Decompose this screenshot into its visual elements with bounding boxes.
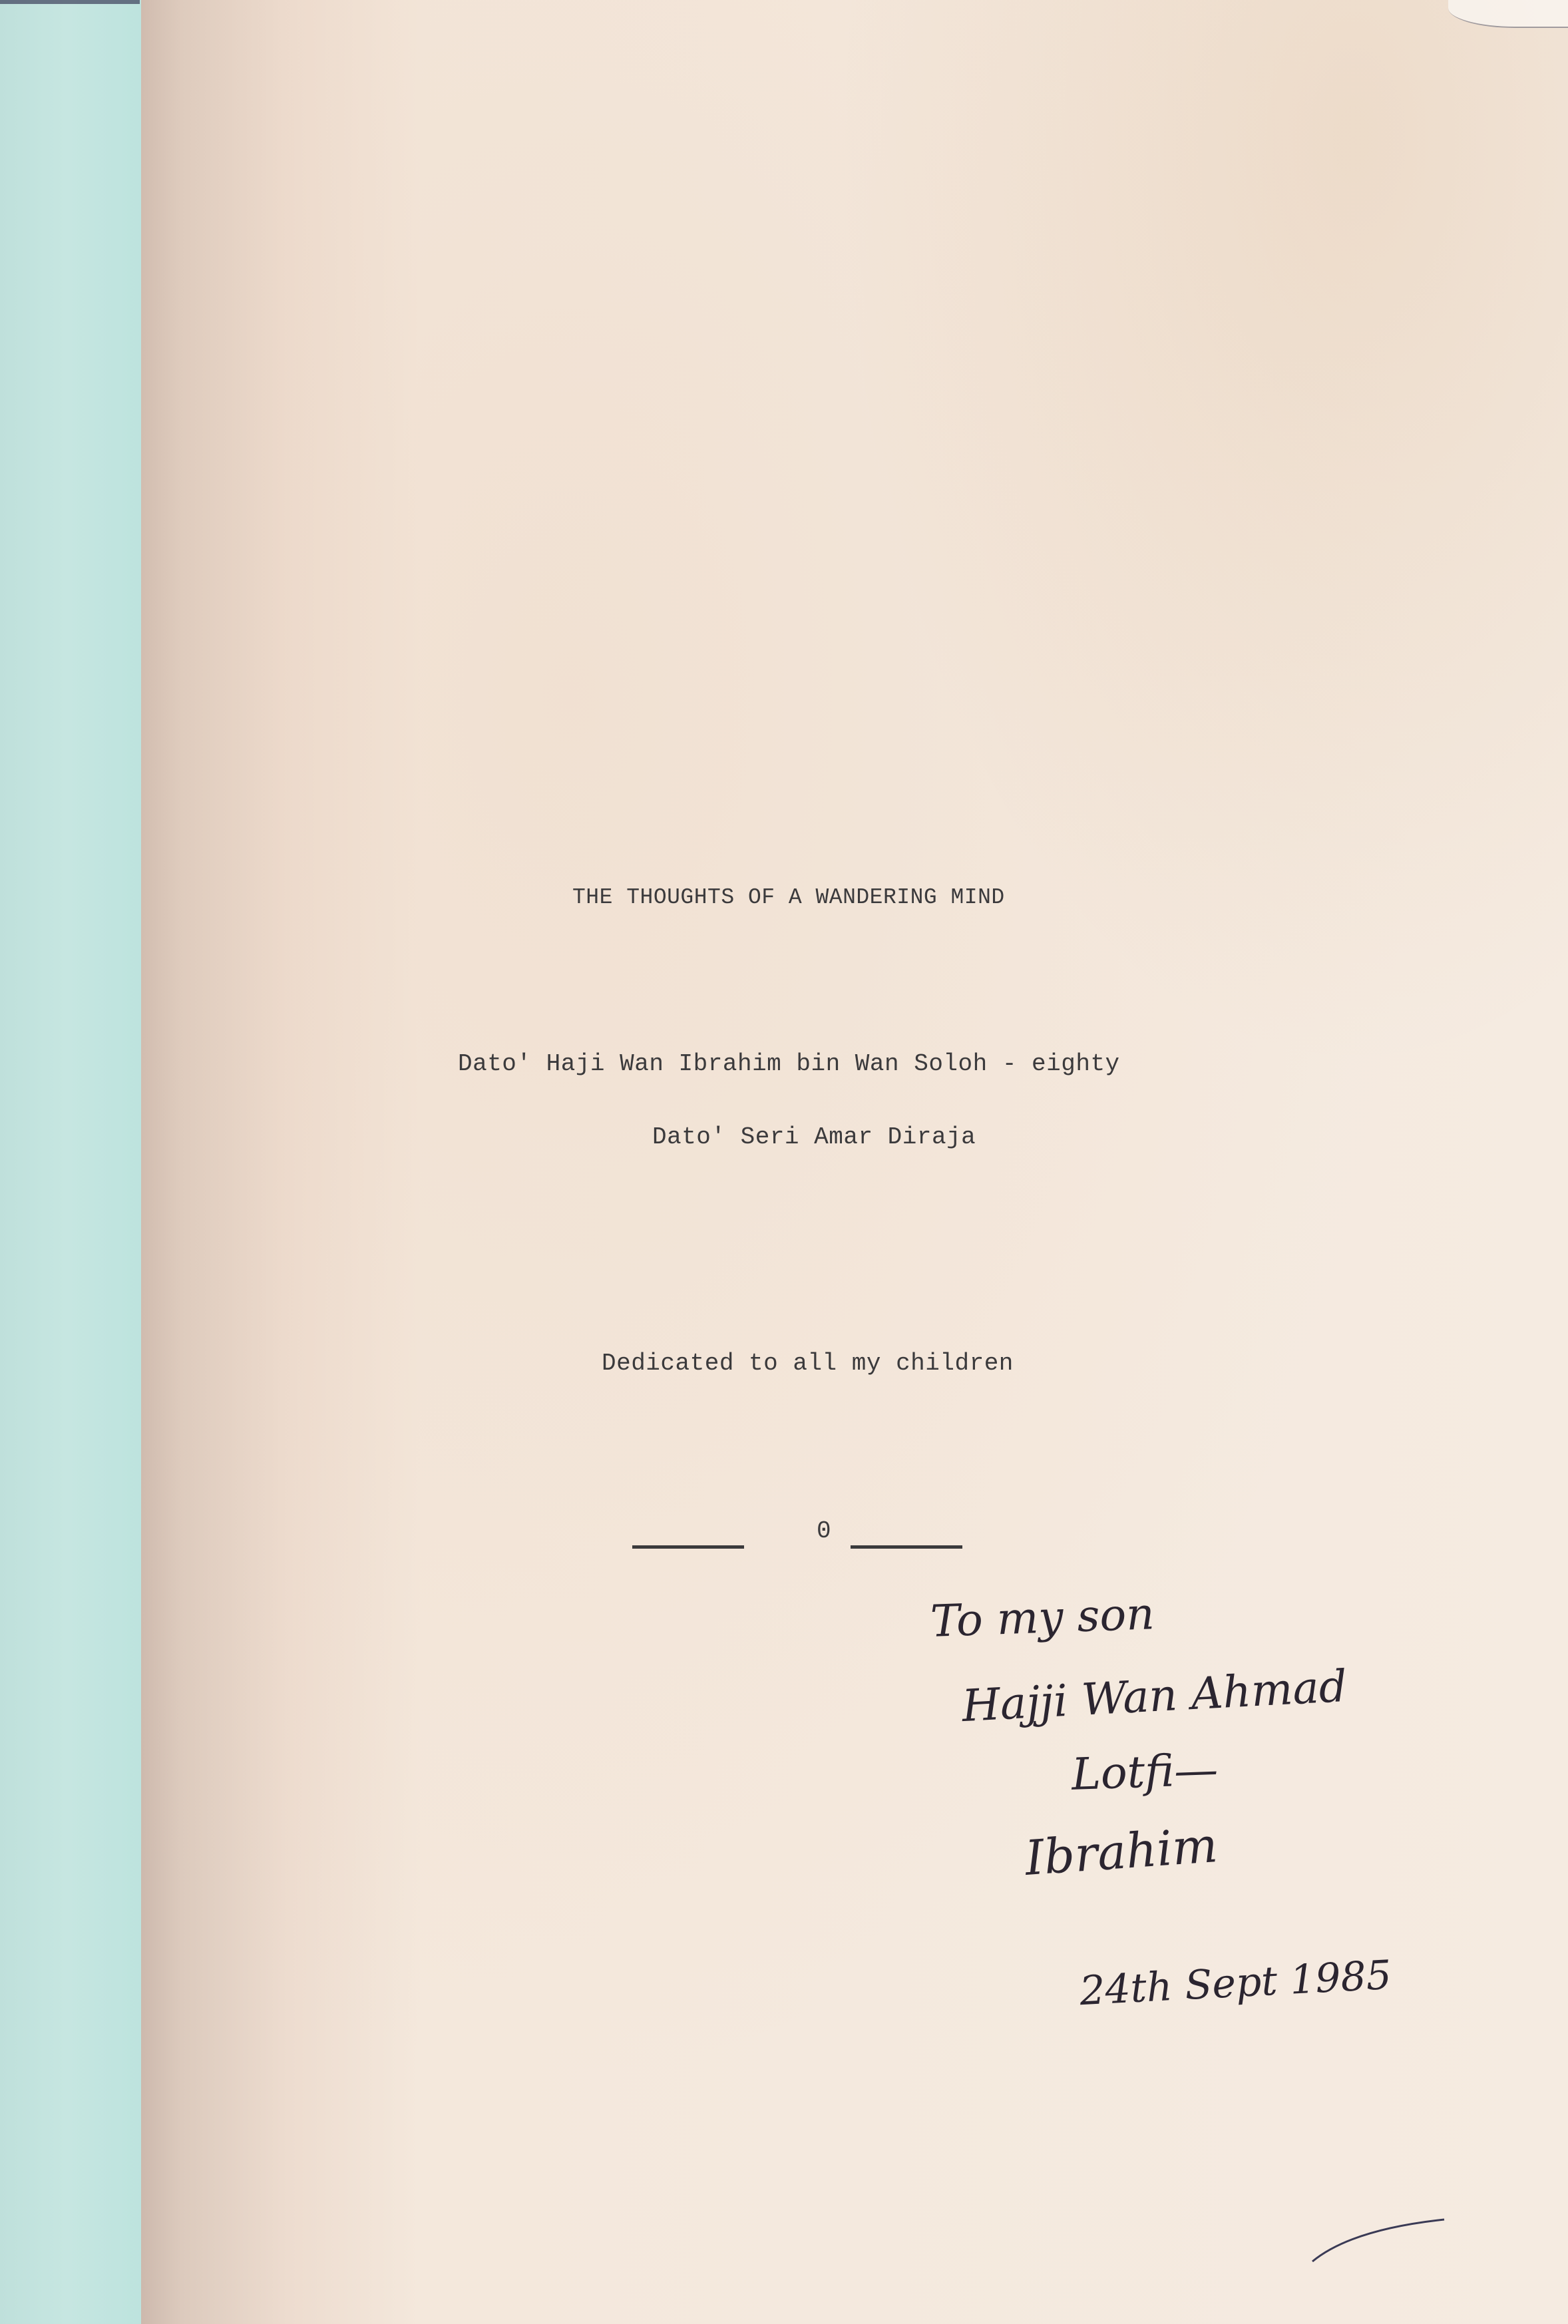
honorific-line: Dato' Seri Amar Diraja [652, 1123, 976, 1151]
cover-top-edge [0, 0, 140, 4]
separator-mark: 0 [817, 1517, 831, 1545]
separator-rule-left [632, 1545, 744, 1549]
pen-stroke-mark [1311, 2190, 1484, 2263]
dedication-line: Dedicated to all my children [602, 1350, 1014, 1377]
document-title: THE THOUGHTS OF A WANDERING MIND [572, 885, 1005, 910]
separator-rule-right [851, 1545, 962, 1549]
inscription-greeting: To my son [930, 1588, 1155, 1647]
inscription-recipient-surname: Lotfi— [1071, 1744, 1219, 1800]
author-line: Dato' Haji Wan Ibrahim bin Wan Soloh - e… [458, 1050, 1120, 1077]
torn-page-corner [1448, 0, 1568, 28]
section-separator: 0 [632, 1517, 1018, 1551]
